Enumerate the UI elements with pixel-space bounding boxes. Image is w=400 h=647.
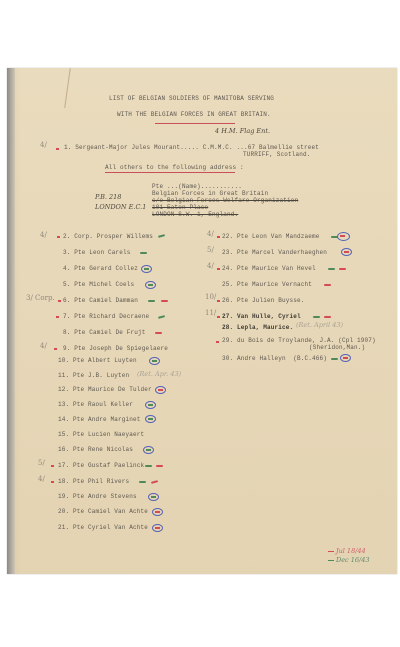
list-entry-16: 16. Pte Rene Nicolas [58, 446, 133, 453]
margin-tick: 11/ [205, 309, 216, 317]
footer-note-red: Jul 18/44 [328, 547, 366, 555]
list-entry-30: 30. Andre Halleyn (B.C.466) [222, 355, 327, 362]
blue-circle-mark [143, 446, 154, 454]
green-pencil-mark [145, 465, 152, 467]
list-entry-12: 12. Pte Maurice De Tulder [58, 386, 152, 393]
blue-circle-mark [145, 281, 156, 289]
blue-circle-mark [148, 493, 159, 501]
red-pencil-mark [339, 268, 346, 270]
red-pencil-mark [51, 465, 54, 467]
list-entry-26: 26. Pte Julien Buysse. [222, 297, 305, 304]
binder-edge [7, 68, 15, 574]
handwritten-address-note: 4 H.M. Flag Ent. [215, 127, 270, 135]
red-pencil-mark [57, 236, 60, 238]
list-entry-3: 3. Pte Leon Carels [63, 249, 131, 256]
red-pencil-mark [217, 236, 220, 238]
margin-tick: 5/ [38, 459, 45, 467]
red-pencil-mark [156, 465, 163, 467]
blue-circle-mark [152, 508, 163, 516]
green-pencil-mark [148, 300, 155, 302]
entry-1: 1. Sergeant-Major Jules Mourant..... C.M… [64, 144, 319, 151]
list-entry-23: 23. Pte Marcel Vanderhaeghen [222, 249, 327, 256]
green-pencil-mark [328, 268, 335, 270]
blue-circle-mark [340, 354, 351, 362]
list-entry-29-line-2: (Sheridon,Man.) [309, 344, 365, 351]
title-underline [155, 123, 235, 124]
red-pencil-mark [51, 481, 54, 483]
blue-circle-mark [152, 524, 163, 532]
green-pencil-mark [139, 481, 146, 483]
red-pencil-mark [161, 300, 168, 302]
list-entry-21: 21. Pte Cyriel Van Achte [58, 524, 148, 531]
margin-rank-note: 3/ Corp. [26, 294, 55, 302]
red-pencil-mark [217, 316, 220, 318]
title-line-2: WITH THE BELGIAN FORCES IN GREAT BRITAIN… [117, 111, 271, 118]
red-pencil-mark [58, 300, 61, 302]
handwritten-annotation: (Ret. April 43) [296, 321, 343, 329]
blue-circle-mark [341, 248, 352, 256]
list-entry-20: 20. Pte Camiel Van Achte [58, 508, 148, 515]
green-pencil-mark [313, 316, 320, 318]
blue-circle-mark [149, 357, 160, 365]
address-line-1: Pte ...(Name)........... [152, 183, 242, 190]
list-entry-5: 5. Pte Michel Coels [63, 281, 134, 288]
list-entry-7: 7. Pte Richard Decraene [63, 313, 149, 320]
red-pencil-mark [216, 341, 219, 343]
list-entry-19: 19. Pte Andre Stevens [58, 493, 137, 500]
address-line-5-struck: LONDON S.W. 1, England. [152, 211, 238, 218]
list-entry-15: 15. Pte Lucien Naeyaert [58, 431, 144, 438]
red-pencil-mark [54, 348, 57, 350]
margin-tick: 5/ [207, 246, 214, 254]
blue-circle-mark [155, 386, 166, 394]
margin-tick: 4/ [40, 342, 47, 350]
red-pencil-mark [155, 332, 162, 334]
blue-circle-mark [145, 401, 156, 409]
list-entry-25: 25. Pte Maurice Vernacht [222, 281, 312, 288]
list-entry-18: 18. Pte Phil Rivers [58, 478, 129, 485]
entry-1-line-2: TURRIFF, Scotland. [243, 151, 311, 158]
list-entry-6: 6. Pte Camiel Damman [63, 297, 138, 304]
green-pencil-mark [140, 252, 147, 254]
green-pencil-mark [331, 358, 338, 360]
others-heading-underline [105, 172, 235, 173]
list-entry-11: 11. Pte J.B. Luyten [58, 372, 129, 379]
red-pencil-mark [56, 316, 59, 318]
list-entry-24: 24. Pte Maurice Van Hevel [222, 265, 316, 272]
footer-note-green: Dec 16/43 [328, 556, 370, 564]
list-entry-17: 17. Pte Gustaf Paelinck [58, 462, 144, 469]
blue-circle-mark [337, 232, 350, 241]
handwritten-po-box-line-1: P.B. 218 [95, 193, 121, 201]
margin-tick: 10/ [205, 293, 216, 301]
blue-circle-mark [145, 415, 156, 423]
list-entry-27: 27. Van Hulle, Cyriel [222, 313, 301, 320]
address-line-4-struck: 101 Eaton Place [152, 204, 208, 211]
blue-circle-mark [141, 265, 152, 273]
margin-tick: 4/ [207, 230, 214, 238]
margin-tick: 4/ [40, 231, 47, 239]
handwritten-annotation: (Ret. Apr. 43) [137, 370, 181, 378]
red-pencil-mark [324, 316, 331, 318]
red-pencil-mark [217, 268, 220, 270]
margin-tick: 4/ [40, 141, 47, 149]
red-pencil-mark [56, 148, 59, 150]
list-entry-13: 13. Pte Raoul Keller [58, 401, 133, 408]
paper-crease [64, 68, 71, 108]
list-entry-22: 22. Pte Leon Van Mandzaeme [222, 233, 320, 240]
list-entry-14: 14. Pte Andre Marginet [58, 416, 141, 423]
list-entry-10: 10. Pte Albert Luyten [58, 357, 137, 364]
list-entry-28: 28. Lepla, Maurice. [222, 324, 293, 331]
list-entry-2: 2. Corp. Prosper Willems [63, 233, 153, 240]
address-line-3-struck: c/o Belgian Forces Welfare Organization [152, 197, 298, 204]
title-line-1: LIST OF BELGIAN SOLDIERS OF MANITOBA SER… [109, 95, 274, 102]
red-pencil-mark [217, 300, 220, 302]
list-entry-29: 29. du Bois de Troylande, J.A. (Cpl 1907… [222, 337, 376, 344]
handwritten-po-box-line-2: LONDON E.C.1 [95, 203, 146, 211]
list-entry-9: 9. Pte Joseph De Spiegelaere [63, 345, 168, 352]
margin-tick: 4/ [38, 475, 45, 483]
list-entry-4: 4. Pte Gerard Collez [63, 265, 138, 272]
others-heading: All others to the following address : [105, 164, 244, 171]
margin-tick: 4/ [207, 262, 214, 270]
address-line-2: Belgian Forces in Great Britain [152, 190, 268, 197]
red-pencil-mark [324, 284, 331, 286]
list-entry-8: 8. Pte Camiel De Frujt [63, 329, 146, 336]
